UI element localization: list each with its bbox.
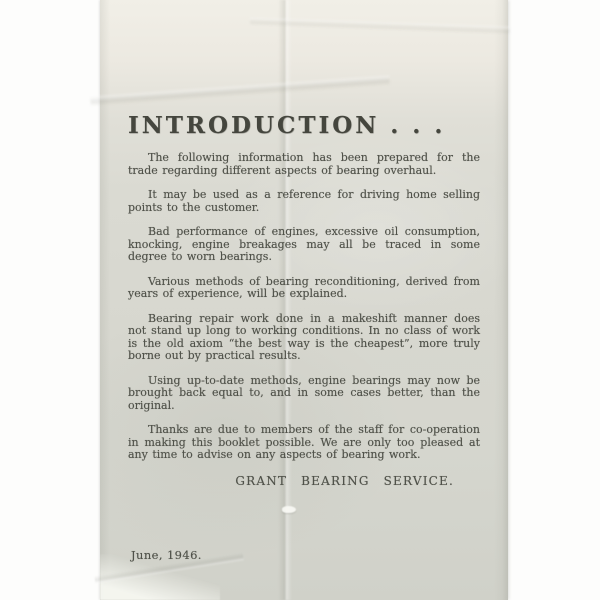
paragraph-4: Various methods of bearing reconditionin… [128,276,480,301]
page-content: INTRODUCTION . . . The following informa… [128,112,480,562]
paragraph-2: It may be used as a reference for drivin… [128,189,480,214]
signature-line: GRANT BEARING SERVICE. [128,474,480,488]
paper-page: INTRODUCTION . . . The following informa… [100,0,508,600]
paragraph-5: Bearing repair work done in a makeshift … [128,313,480,363]
page-title: INTRODUCTION . . . [128,112,480,139]
photo-background: INTRODUCTION . . . The following informa… [0,0,600,600]
paragraph-7: Thanks are due to members of the staff f… [128,424,480,462]
top-diagonal-crease [90,76,390,107]
paragraph-6: Using up-to-date methods, engine bearing… [128,375,480,413]
paragraph-3: Bad performance of engines, excessive oi… [128,226,480,264]
paragraph-1: The following information has been prepa… [128,152,480,177]
date-line: June, 1946. [128,548,480,562]
